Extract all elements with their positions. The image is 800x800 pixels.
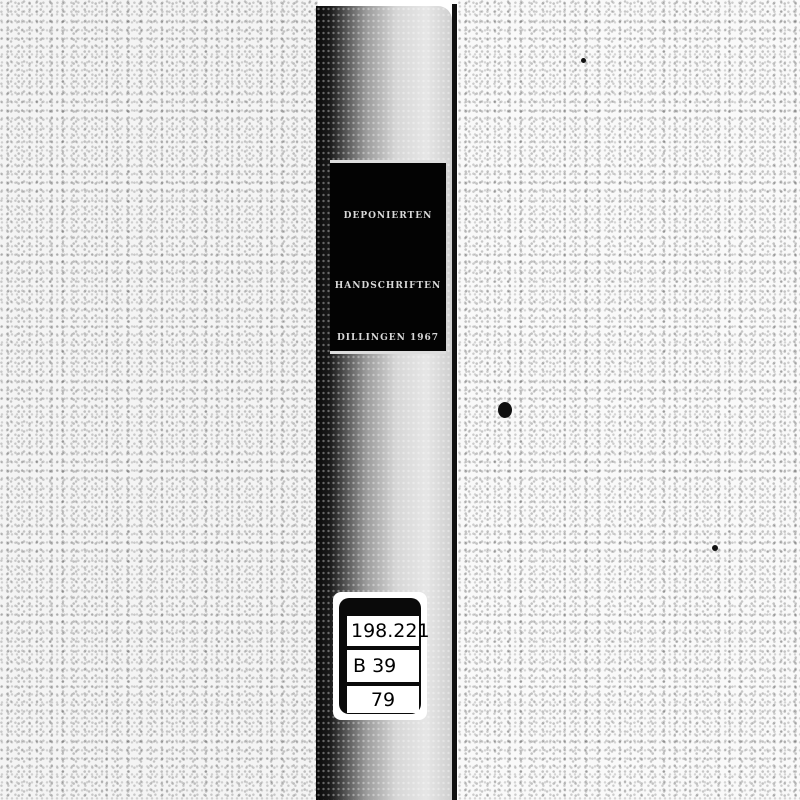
call-number-cutter: B 39	[347, 650, 419, 682]
stain-mark	[712, 545, 718, 551]
call-number-year: 79	[347, 686, 419, 713]
title-line-3: DILLINGEN 1967	[330, 333, 446, 343]
stain-mark	[498, 402, 512, 418]
call-number-class: 198.221	[347, 616, 419, 646]
front-cover	[458, 0, 800, 800]
title-line-1: DEPONIERTEN	[330, 211, 446, 221]
call-number-frame: 198.221 B 39 79	[339, 598, 421, 714]
spine-title-label: DEPONIERTEN HANDSCHRIFTEN DILLINGEN 1967	[330, 160, 446, 354]
call-number-label: 198.221 B 39 79	[333, 592, 427, 720]
back-cover	[0, 0, 318, 800]
stain-mark	[581, 58, 586, 63]
title-line-2: HANDSCHRIFTEN	[330, 281, 446, 291]
cover-hinge-line	[452, 4, 457, 800]
